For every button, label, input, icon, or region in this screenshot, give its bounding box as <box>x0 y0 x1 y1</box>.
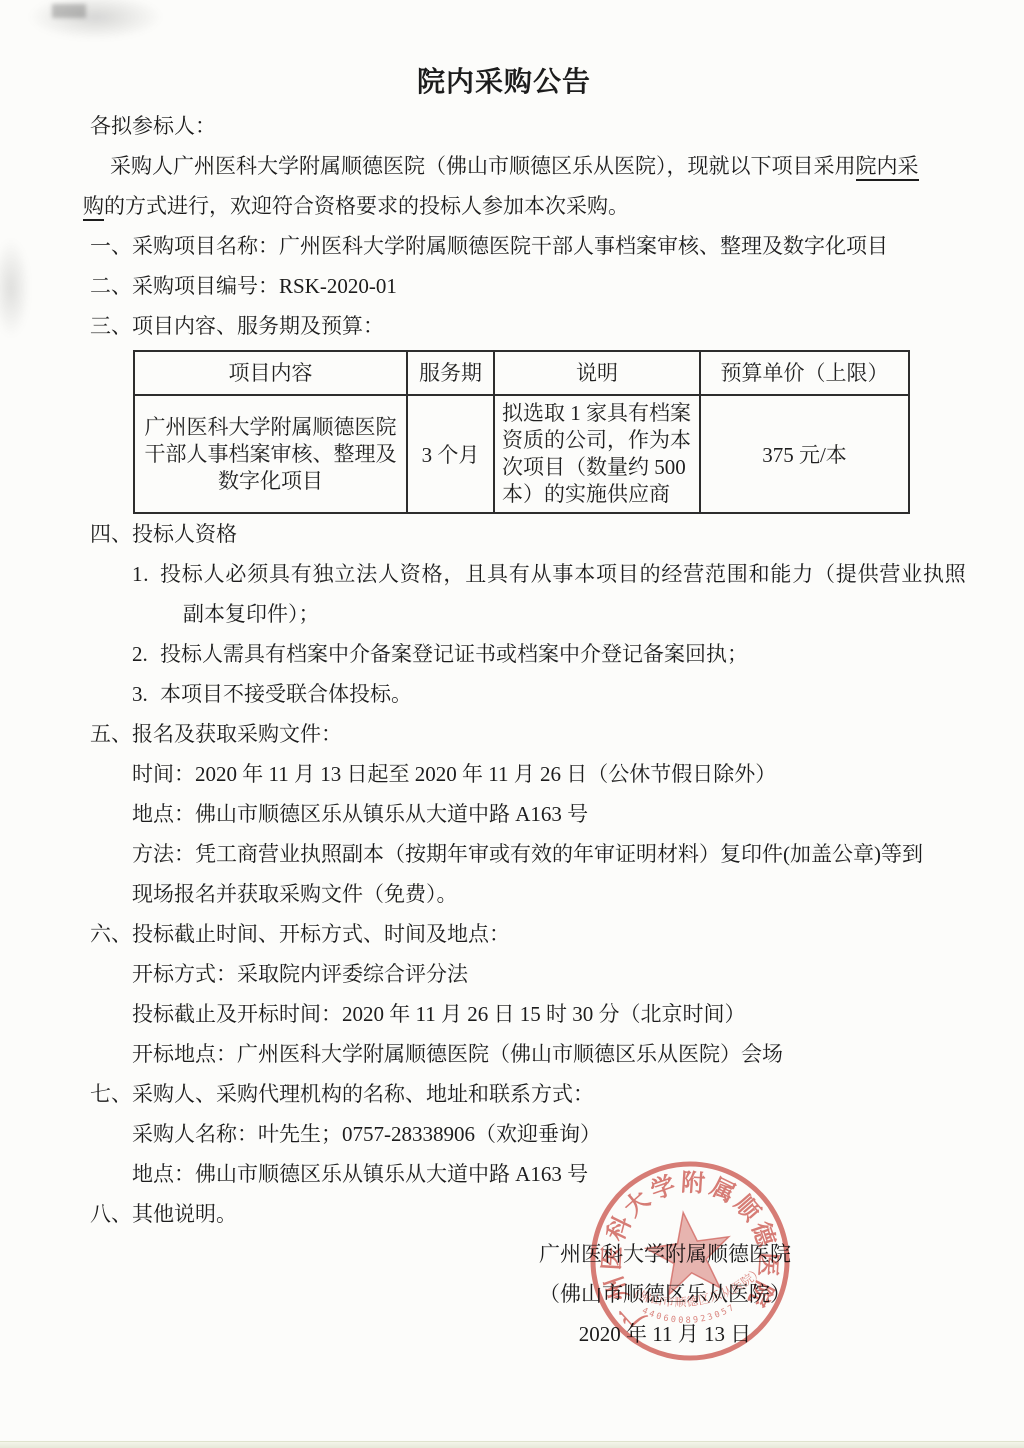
cell-description: 拟选取 1 家具有档案资质的公司，作为本次项目（数量约 500 本）的实施供应商 <box>495 396 699 512</box>
intro-underlined-text: 院内采 <box>856 154 919 181</box>
intro-line-2: 购的方式进行，欢迎符合资格要求的投标人参加本次采购。 <box>83 186 944 226</box>
table-header-service-period: 服务期 <box>407 351 494 395</box>
cell-service-period: 3 个月 <box>407 395 494 513</box>
qualification-item-2-text: 投标人需具有档案中介备案登记证书或档案中介登记备案回执； <box>160 642 748 666</box>
purchaser-address: 地点：佛山市顺德区乐从镇乐从大道中路 A163 号 <box>132 1154 944 1194</box>
scan-bottom-edge <box>0 1441 1024 1448</box>
qualification-item-1: 1.投标人必须具有独立法人资格，且具有从事本项目的经营范围和能力（提供营业执照 <box>132 554 944 594</box>
bid-opening-method: 开标方式：采取院内评委综合评分法 <box>132 954 944 994</box>
registration-time: 时间：2020 年 11 月 13 日起至 2020 年 11 月 26 日（公… <box>132 754 944 794</box>
qualification-item-1-continuation: 副本复印件）； <box>183 594 944 634</box>
cell-budget-price: 375 元/本 <box>700 395 909 513</box>
table-header-budget-price: 预算单价（上限） <box>700 351 909 395</box>
table-header-row: 项目内容 服务期 说明 预算单价（上限） <box>134 351 909 395</box>
section-6-heading: 六、投标截止时间、开标方式、时间及地点： <box>90 914 944 954</box>
table-header-description: 说明 <box>494 351 700 395</box>
signature-block: 广州医科大学附属顺德医院 （佛山市顺德区乐从医院） 2020 年 11 月 13… <box>515 1234 815 1354</box>
section-3-heading: 三、项目内容、服务期及预算： <box>90 306 944 346</box>
page-title: 院内采购公告 <box>64 60 944 106</box>
section-8-heading: 八、其他说明。 <box>90 1194 944 1234</box>
qualification-item-3-text: 本项目不接受联合体投标。 <box>160 682 412 706</box>
purchaser-contact: 采购人名称：叶先生；0757-28338906（欢迎垂询） <box>132 1114 944 1154</box>
intro-line-1: 采购人广州医科大学附属顺德医院（佛山市顺德区乐从医院），现就以下项目采用院内采 <box>90 146 944 186</box>
document-content: 院内采购公告 各拟参标人： 采购人广州医科大学附属顺德医院（佛山市顺德区乐从医院… <box>0 0 1024 1354</box>
salutation: 各拟参标人： <box>90 106 944 146</box>
project-table: 项目内容 服务期 说明 预算单价（上限） 广州医科大学附属顺德医院干部人事档案审… <box>133 350 910 514</box>
signature-hospital-alias: （佛山市顺德区乐从医院） <box>515 1274 815 1314</box>
table-row: 广州医科大学附属顺德医院干部人事档案审核、整理及数字化项目 3 个月 拟选取 1… <box>134 395 909 513</box>
registration-method: 方法：凭工商营业执照副本（按期年审或有效的年审证明材料）复印件(加盖公章)等到 <box>132 834 944 874</box>
qualification-item-1-text: 投标人必须具有独立法人资格，且具有从事本项目的经营范围和能力（提供营业执照 <box>160 562 967 586</box>
cell-project-content: 广州医科大学附属顺德医院干部人事档案审核、整理及数字化项目 <box>135 410 406 499</box>
intro-text: 采购人广州医科大学附属顺德医院（佛山市顺德区乐从医院），现就以下项目采用 <box>110 154 856 178</box>
bid-opening-venue: 开标地点：广州医科大学附属顺德医院（佛山市顺德区乐从医院）会场 <box>132 1034 944 1074</box>
document-page: 院内采购公告 各拟参标人： 采购人广州医科大学附属顺德医院（佛山市顺德区乐从医院… <box>0 0 1024 1448</box>
intro-underlined-text: 购 <box>83 194 104 221</box>
bid-deadline: 投标截止及开标时间：2020 年 11 月 26 日 15 时 30 分（北京时… <box>132 994 944 1034</box>
signature-hospital-name: 广州医科大学附属顺德医院 <box>515 1234 815 1274</box>
section-4-heading: 四、投标人资格 <box>90 514 944 554</box>
registration-place: 地点：佛山市顺德区乐从镇乐从大道中路 A163 号 <box>132 794 944 834</box>
signature-date: 2020 年 11 月 13 日 <box>515 1314 815 1354</box>
section-5-heading: 五、报名及获取采购文件： <box>90 714 944 754</box>
section-7-heading: 七、采购人、采购代理机构的名称、地址和联系方式： <box>90 1074 944 1114</box>
intro-text: 的方式进行，欢迎符合资格要求的投标人参加本次采购。 <box>104 194 629 218</box>
list-marker: 2. <box>132 634 160 674</box>
qualification-item-2: 2.投标人需具有档案中介备案登记证书或档案中介登记备案回执； <box>132 634 944 674</box>
registration-method-continuation: 现场报名并获取采购文件（免费）。 <box>132 874 944 914</box>
table-header-content: 项目内容 <box>134 351 407 395</box>
section-2-heading: 二、采购项目编号：RSK-2020-01 <box>90 266 944 306</box>
qualification-item-3: 3.本项目不接受联合体投标。 <box>132 674 944 714</box>
list-marker: 3. <box>132 674 160 714</box>
section-1-heading: 一、采购项目名称：广州医科大学附属顺德医院干部人事档案审核、整理及数字化项目 <box>90 226 944 266</box>
list-marker: 1. <box>132 554 160 594</box>
